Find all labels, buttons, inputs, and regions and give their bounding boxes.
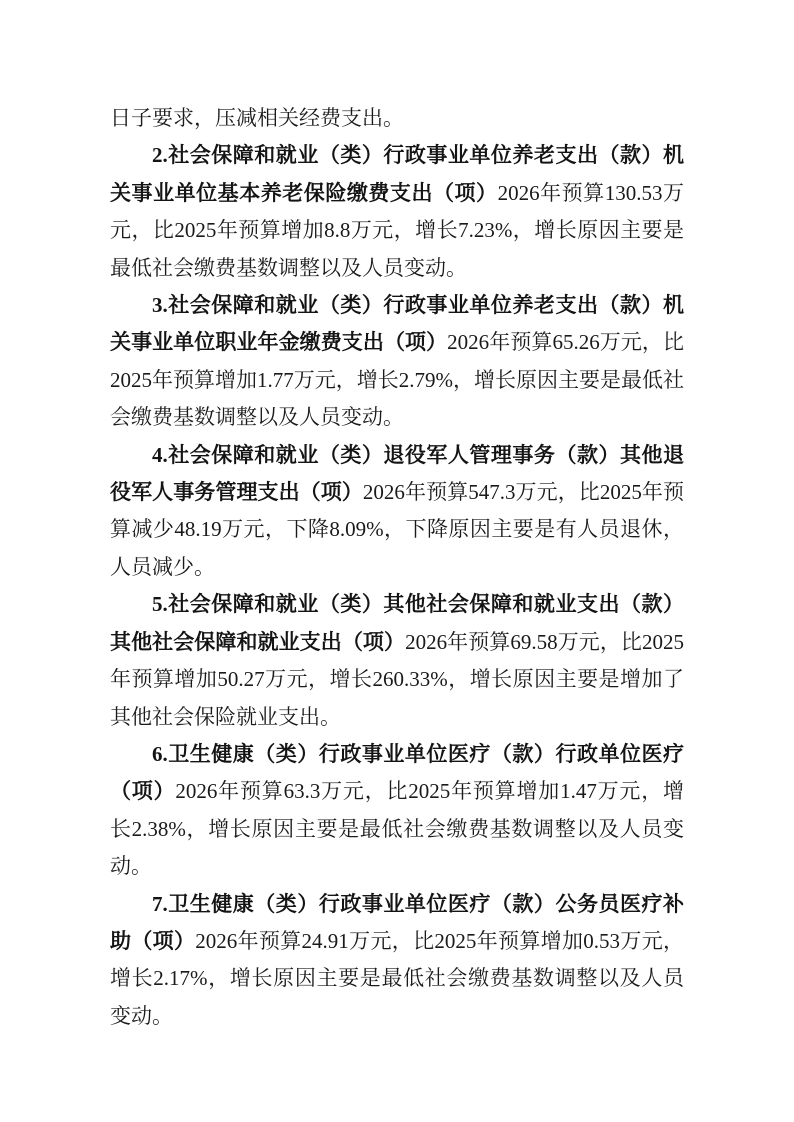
paragraph-item-6: 6.卫生健康（类）行政事业单位医疗（款）行政单位医疗（项）2026年预算63.3… <box>110 736 684 886</box>
paragraph-item-7: 7.卫生健康（类）行政事业单位医疗（款）公务员医疗补助（项）2026年预算24.… <box>110 886 684 1036</box>
paragraph-item-4: 4.社会保障和就业（类）退役军人管理事务（款）其他退役军人事务管理支出（项）20… <box>110 437 684 587</box>
paragraph-item-3: 3.社会保障和就业（类）行政事业单位养老支出（款）机关事业单位职业年金缴费支出（… <box>110 287 684 437</box>
document-page: 日子要求，压减相关经费支出。 2.社会保障和就业（类）行政事业单位养老支出（款）… <box>0 0 794 1122</box>
paragraph-item-7-body: 2026年预算24.91万元，比2025年预算增加0.53万元，增长2.17%，… <box>110 929 684 1028</box>
paragraph-item-5: 5.社会保障和就业（类）其他社会保障和就业支出（款）其他社会保障和就业支出（项）… <box>110 586 684 736</box>
paragraph-continuation-text: 日子要求，压减相关经费支出。 <box>110 106 404 130</box>
paragraph-item-2: 2.社会保障和就业（类）行政事业单位养老支出（款）机关事业单位基本养老保险缴费支… <box>110 137 684 287</box>
paragraph-continuation: 日子要求，压减相关经费支出。 <box>110 100 684 137</box>
paragraph-item-6-body: 2026年预算63.3万元，比2025年预算增加1.47万元，增长2.38%，增… <box>110 779 684 878</box>
